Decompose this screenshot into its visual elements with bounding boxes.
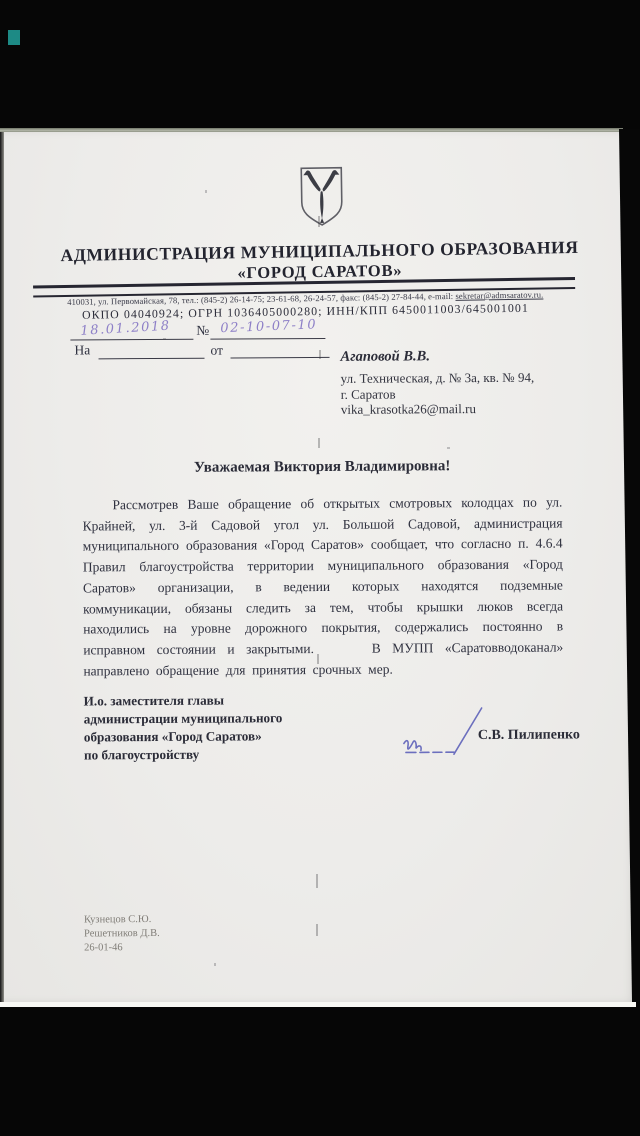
na-underline	[99, 357, 205, 360]
letter-body: Рассмотрев Ваше обращение об открытых см…	[82, 493, 563, 682]
fold-mark	[318, 438, 320, 448]
ot-underline	[231, 356, 330, 359]
recipient-address-line2: г. Саратов	[341, 387, 396, 403]
recipient-address-line1: ул. Техническая, д. № 3а, кв. № 94,	[341, 370, 535, 387]
letter-content: 18.01.2018 № 02-10-07-10 На от Агаповой …	[0, 0, 640, 1136]
scan-speck	[163, 338, 166, 340]
scanned-letter-page: АДМИНИСТРАЦИЯ МУНИЦИПАЛЬНОГО ОБРАЗОВАНИЯ…	[0, 0, 640, 1136]
recipient-name: Агаповой В.В.	[340, 348, 430, 366]
fold-mark	[318, 216, 320, 227]
fold-mark	[317, 654, 319, 664]
executor-phone: 26-01-46	[84, 942, 123, 953]
signer-position-line3: образования «Город Саратов»	[84, 728, 262, 745]
scan-speck	[214, 963, 216, 966]
signer-position-line1: И.о. заместителя главы	[84, 693, 225, 710]
executor-name-1: Кузнецов С.Ю.	[84, 914, 151, 925]
ot-label: от	[210, 343, 223, 359]
number-underline	[210, 337, 325, 340]
executor-name-2: Решетников Д.В.	[84, 928, 160, 939]
handwritten-number: 02-10-07-10	[220, 317, 317, 336]
fold-mark	[316, 924, 318, 936]
scan-speck	[205, 190, 207, 193]
signer-name: С.В. Пилипенко	[478, 727, 580, 744]
fold-mark	[319, 350, 321, 359]
fold-mark	[316, 874, 318, 888]
number-sign-label: №	[196, 323, 209, 339]
scan-speck	[131, 522, 133, 524]
handwritten-signature	[394, 700, 489, 763]
salutation: Уважаемая Виктория Владимировна!	[82, 458, 562, 478]
recipient-email: vika_krasotka26@mail.ru	[341, 401, 476, 418]
signer-position-line2: администрации муниципального	[84, 710, 283, 727]
handwritten-date: 18.01.2018	[80, 319, 171, 339]
na-label: На	[74, 342, 90, 358]
signer-position-line4: по благоустройству	[84, 747, 199, 764]
scan-speck	[447, 447, 450, 449]
date-underline	[70, 338, 193, 341]
